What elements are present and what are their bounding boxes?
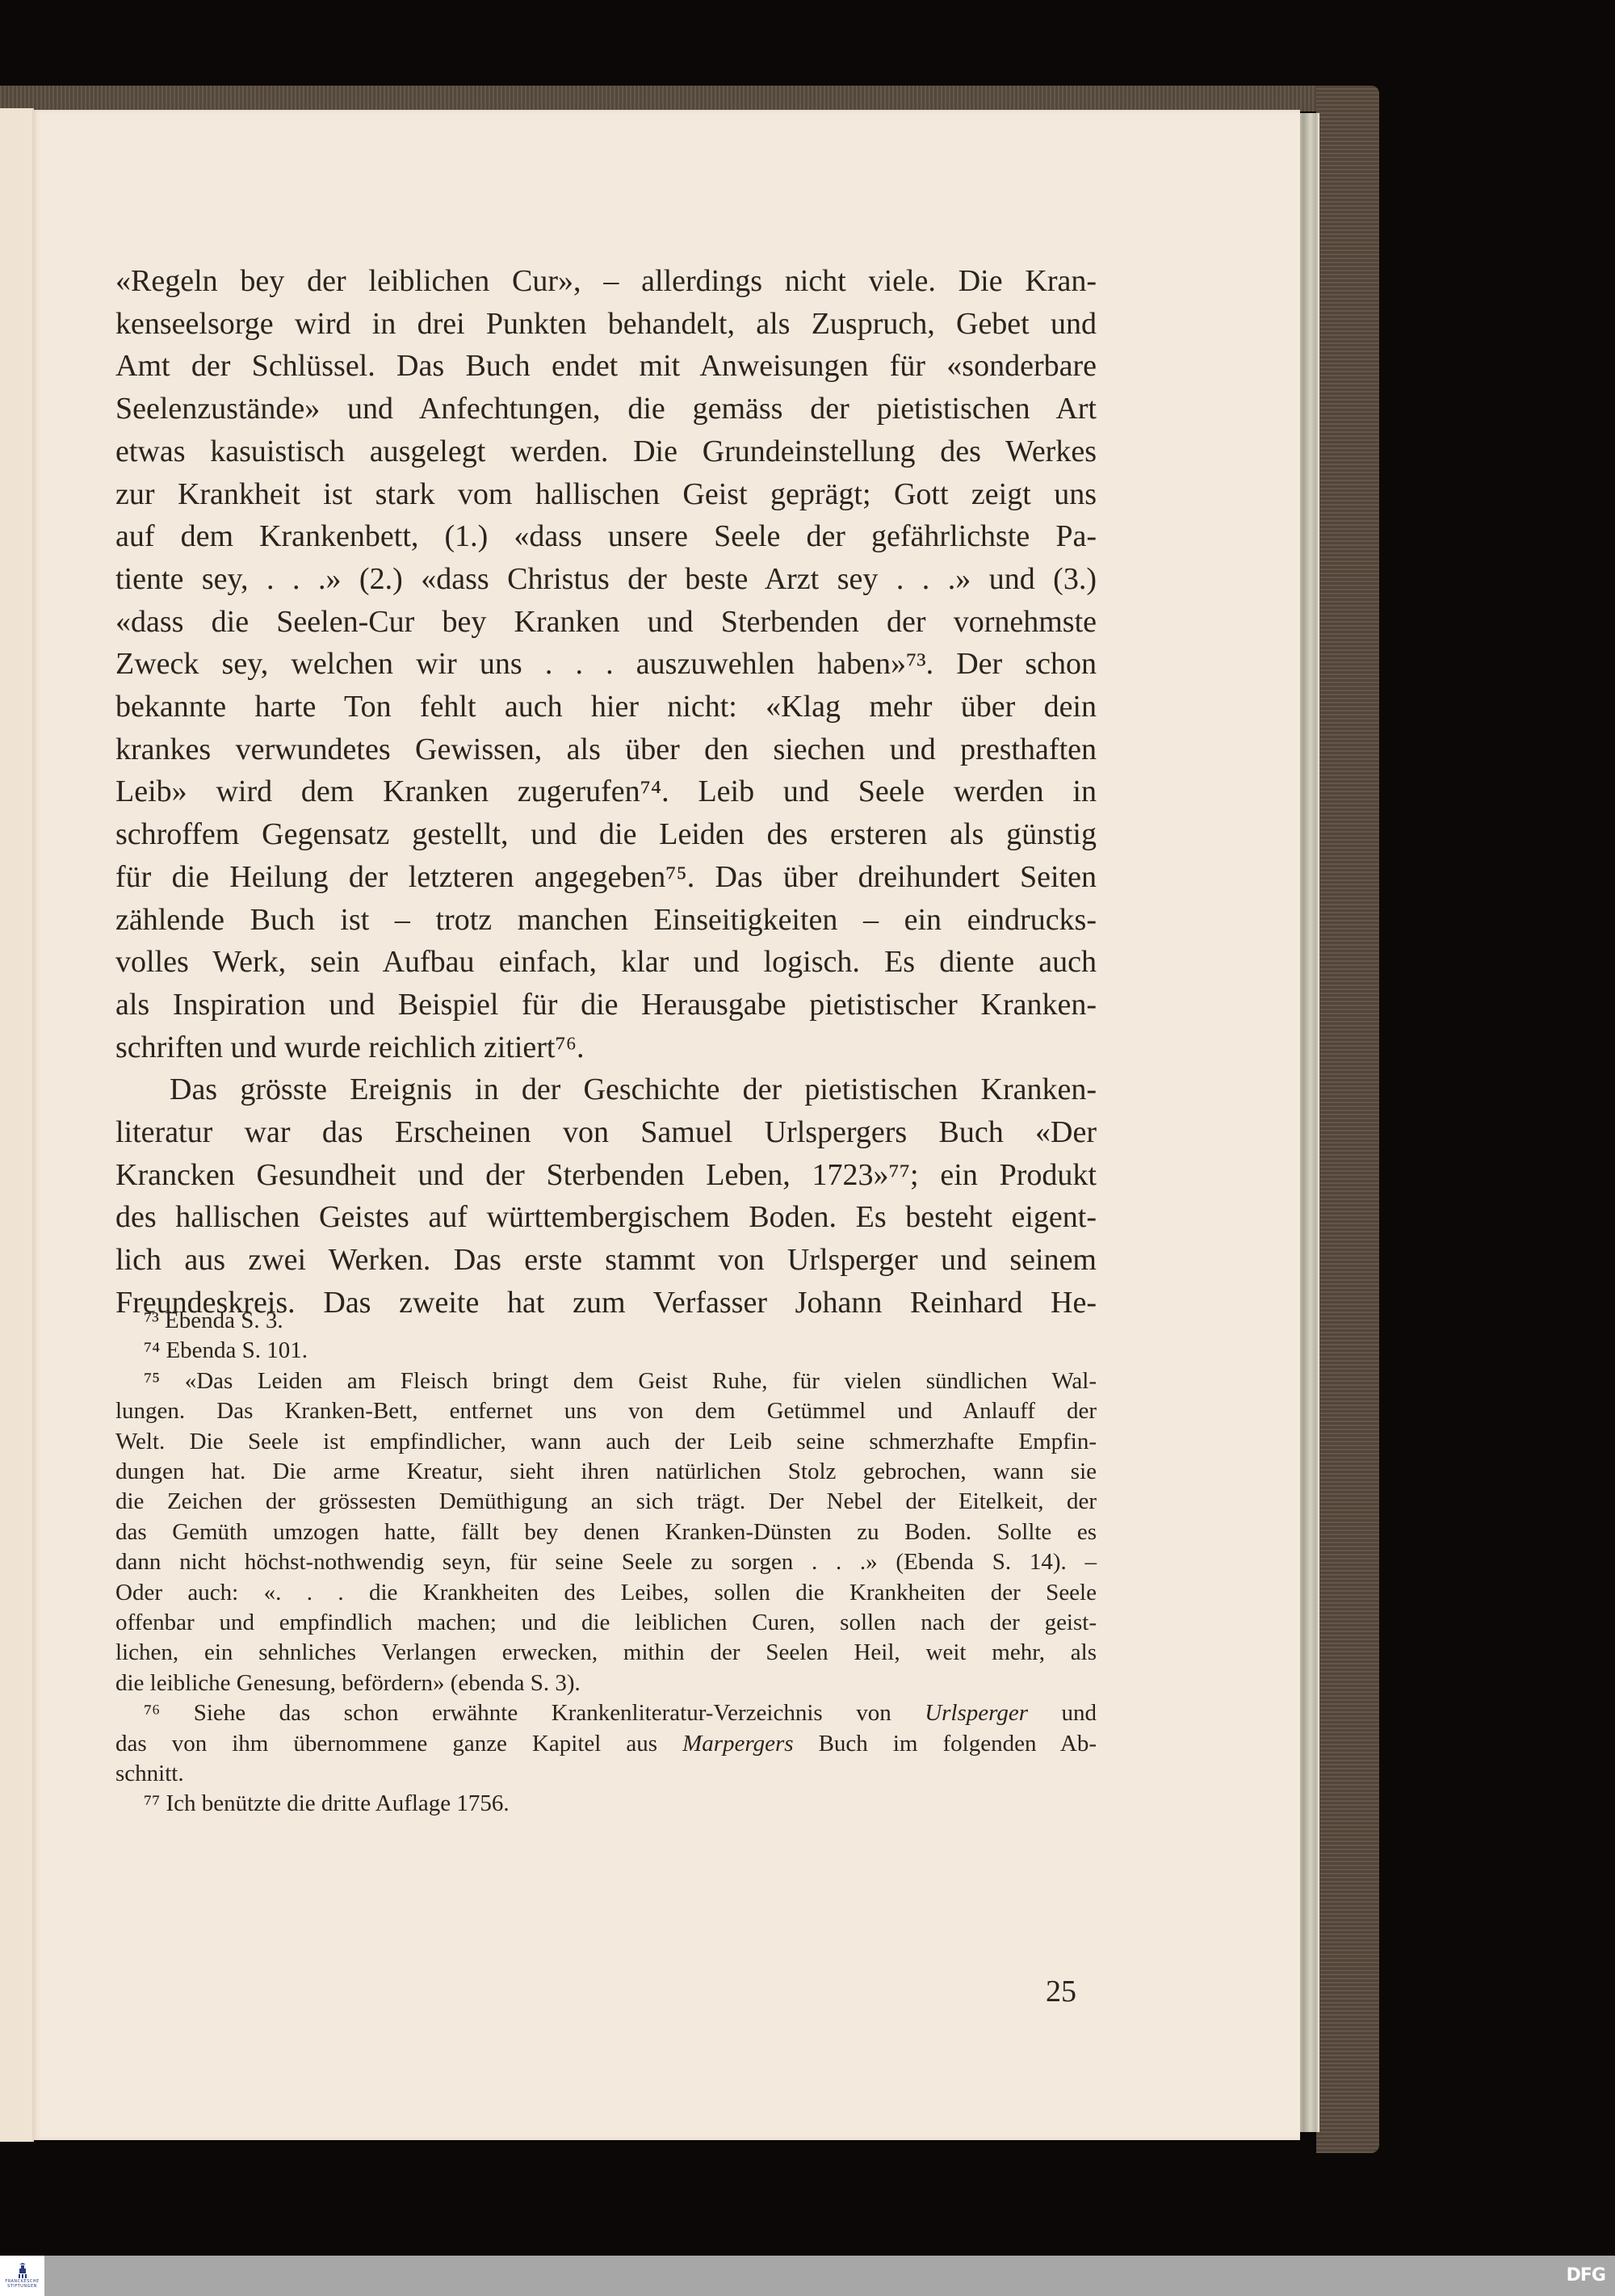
body-line: Zweck sey, welchen wir uns . . . auszuwe… — [115, 643, 1097, 685]
footnote-75-line: offenbar und empfindlich machen; und die… — [115, 1608, 1097, 1638]
body-line: Leib» wird dem Kranken zugerufen⁷⁴. Leib… — [115, 770, 1097, 812]
dfg-logo[interactable]: DFG — [1567, 2265, 1605, 2286]
footnote-76-line: das von ihm übernommene ganze Kapitel au… — [115, 1729, 1097, 1759]
body-line: für die Heilung der letzteren angegeben⁷… — [115, 856, 1097, 898]
footnote-75-line: das Gemüth umzogen hatte, fällt bey dene… — [115, 1517, 1097, 1547]
footnote-74: ⁷⁴ Ebenda S. 101. — [144, 1336, 1097, 1366]
footnote-76-text: und — [1028, 1700, 1097, 1726]
footnote-76-text: das von ihm übernommene ganze Kapitel au… — [115, 1731, 682, 1757]
footnote-75-line: lungen. Das Kranken-Bett, entfernet uns … — [115, 1396, 1097, 1426]
footnote-75-line: dungen hat. Die arme Kreatur, sieht ihre… — [115, 1457, 1097, 1487]
body-line: Krancken Gesundheit und der Sterbenden L… — [115, 1154, 1097, 1196]
body-line: literatur war das Erscheinen von Samuel … — [115, 1111, 1097, 1153]
franckesche-stiftungen-logo[interactable]: FRANCKESCHE STIFTUNGEN — [0, 2256, 44, 2296]
footnote-76-author-marpergers: Marpergers — [682, 1731, 793, 1757]
book-page: «Regeln bey der leiblichen Cur», – aller… — [32, 110, 1300, 2140]
body-line: Seelenzustände» und Anfechtungen, die ge… — [115, 388, 1097, 430]
footnote-73: ⁷³ Ebenda S. 3. — [144, 1306, 1097, 1336]
previous-page-strip — [0, 108, 34, 2142]
footnote-76-text: Buch im folgenden Ab- — [794, 1731, 1097, 1757]
viewer-footer-bar: FRANCKESCHE STIFTUNGEN DFG — [0, 2256, 1615, 2296]
body-line: schroffem Gegensatz gestellt, und die Le… — [115, 813, 1097, 855]
body-line: krankes verwundetes Gewissen, als über d… — [115, 728, 1097, 770]
footnote-75-line: die Zeichen der grössesten Demüthigung a… — [115, 1487, 1097, 1517]
body-line: Amt der Schlüssel. Das Buch endet mit An… — [115, 345, 1097, 387]
footnote-76-author-urlsperger: Urlsperger — [925, 1700, 1028, 1726]
body-line: zählende Buch ist – trotz manchen Einsei… — [115, 899, 1097, 941]
footnote-75-line: dann nicht höchst-nothwendig seyn, für s… — [115, 1547, 1097, 1577]
body-line: volles Werk, sein Aufbau einfach, klar u… — [115, 941, 1097, 983]
institution-figure-icon — [17, 2263, 28, 2279]
footnote-75-line: Oder auch: «. . . die Krankheiten des Le… — [115, 1578, 1097, 1608]
body-line: lich aus zwei Werken. Das erste stammt v… — [115, 1239, 1097, 1281]
footnote-76-line: ⁷⁶ Siehe das schon erwähnte Krankenliter… — [144, 1698, 1097, 1728]
body-line: Das grösste Ereignis in der Geschichte d… — [170, 1068, 1097, 1110]
body-line: auf dem Krankenbett, (1.) «dass unsere S… — [115, 515, 1097, 557]
footnote-76-line: schnitt. — [115, 1759, 1097, 1789]
body-line: des hallischen Geistes auf württembergis… — [115, 1196, 1097, 1238]
body-line: «Regeln bey der leiblichen Cur», – aller… — [115, 260, 1097, 302]
footnote-75-line: ⁷⁵ «Das Leiden am Fleisch bringt dem Gei… — [144, 1366, 1097, 1396]
footnote-75-line: lichen, ein sehnliches Verlangen erwecke… — [115, 1638, 1097, 1668]
book-cover-right-edge — [1316, 86, 1379, 2153]
book-cover-top-edge — [0, 86, 1379, 111]
body-line: zur Krankheit ist stark vom hallischen G… — [115, 473, 1097, 515]
body-line: schriften und wurde reichlich zitiert⁷⁶. — [115, 1026, 1097, 1068]
body-line: etwas kasuistisch ausgelegt werden. Die … — [115, 430, 1097, 472]
body-line: bekannte harte Ton fehlt auch hier nicht… — [115, 686, 1097, 728]
body-line: «dass die Seelen-Cur bey Kranken und Ste… — [115, 601, 1097, 643]
page-stack-edge — [1297, 113, 1319, 2132]
body-line: tiente sey, . . .» (2.) «dass Christus d… — [115, 558, 1097, 600]
logo-text-line2: STIFTUNGEN — [7, 2284, 37, 2289]
footnote-77: ⁷⁷ Ich benützte die dritte Auflage 1756. — [144, 1789, 1097, 1819]
body-line: als Inspiration und Beispiel für die Her… — [115, 984, 1097, 1026]
footnote-76-text: ⁷⁶ Siehe das schon erwähnte Krankenliter… — [144, 1700, 925, 1726]
footnote-75-line: Welt. Die Seele ist empfindlicher, wann … — [115, 1427, 1097, 1457]
footnote-75-line: die leibliche Genesung, befördern» (eben… — [115, 1668, 1097, 1698]
body-line: kenseelsorge wird in drei Punkten behand… — [115, 303, 1097, 345]
page-number: 25 — [1046, 1974, 1076, 2009]
